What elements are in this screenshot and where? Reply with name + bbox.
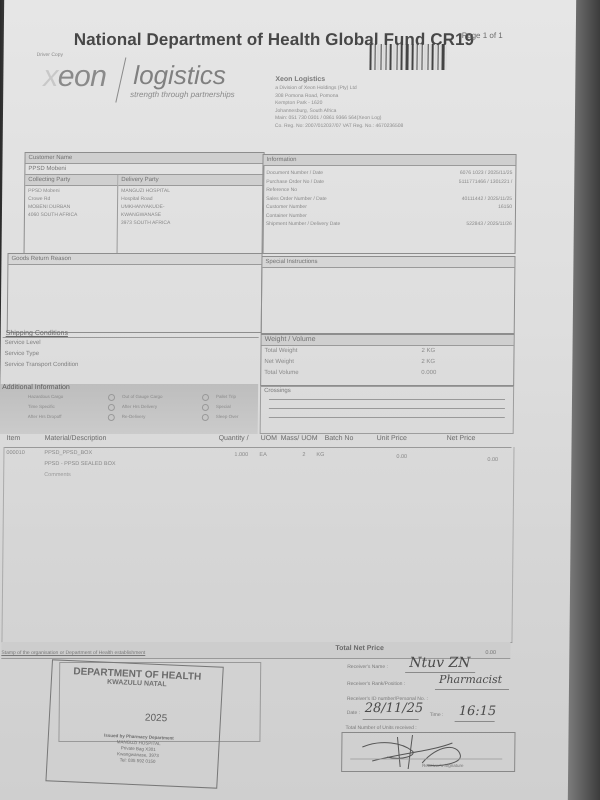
- stamp-label: Stamp of the organisation or Department …: [1, 650, 145, 656]
- collecting-line: 4060 SOUTH AFRICA: [28, 211, 114, 219]
- info-row: Reference No: [263, 186, 515, 195]
- company-line: Kempton Park - 1620: [275, 100, 404, 108]
- barcode-bar: [441, 44, 444, 70]
- info-label: Purchase Order No / Date: [266, 178, 324, 187]
- logo-divider: [115, 57, 126, 102]
- barcode-bar: [389, 44, 391, 70]
- info-label: Document Number / Date: [266, 169, 323, 178]
- logo-xeon: xeon: [43, 60, 106, 94]
- option-label: Time Specific: [28, 404, 108, 411]
- info-row: Sales Order Number / Date40111442 / 2025…: [263, 195, 515, 204]
- delivery-line: Hospital Road: [121, 195, 260, 203]
- info-row: Document Number / Date6076 1023 / 2025/1…: [263, 169, 515, 178]
- logo-logistics: logistics: [133, 60, 226, 91]
- option-checkbox[interactable]: [108, 394, 115, 401]
- page-indicator: Page 1 of 1: [462, 31, 503, 40]
- info-value: 6076 1023 / 2025/11/25: [460, 169, 513, 178]
- weight-value: 0.000: [421, 368, 436, 379]
- option-checkbox[interactable]: [202, 404, 209, 411]
- option-label: Re-Delivery: [122, 414, 202, 421]
- barcode-bar: [376, 44, 379, 70]
- option-checkbox[interactable]: [108, 414, 115, 421]
- barcode-bar: [369, 44, 371, 70]
- collecting-line: MOBENI DURBAN: [28, 203, 114, 211]
- weight-value: 2 KG: [421, 357, 435, 368]
- total-units-label: Total Number of Units received :: [346, 725, 417, 731]
- column-unit-price: Unit Price: [377, 435, 447, 447]
- receiver-rank-label: Receiver's Rank/Position :: [347, 681, 405, 687]
- delivery-note-document: National Department of Health Global Fun…: [0, 0, 576, 800]
- company-line: Co. Reg. No: 2007/012037/07 VAT Reg. No.…: [275, 123, 404, 131]
- info-label: Shipment Number / Delivery Date: [266, 220, 341, 229]
- customer-name-header: Customer Name: [25, 153, 263, 164]
- logo-eon: eon: [58, 60, 107, 93]
- delivery-party: Delivery Party MANGUZI HOSPITAL Hospital…: [118, 175, 264, 254]
- collecting-line: PPSD Mobeni: [28, 187, 114, 195]
- underline: [455, 721, 495, 722]
- special-instructions-section: Special Instructions: [261, 256, 516, 334]
- weight-volume-section: Weight / Volume Total Weight2 KG Net Wei…: [260, 334, 515, 386]
- shipping-row: Service Level: [5, 338, 259, 349]
- receiver-name-label: Receiver's Name :: [347, 664, 388, 670]
- signature-label: Receiver's Signature: [422, 763, 463, 768]
- barcode-bar: [445, 44, 446, 70]
- weight-volume-header: Weight / Volume: [262, 335, 514, 346]
- column-quantity: Quantity /: [219, 435, 261, 447]
- barcode-bar: [418, 44, 420, 70]
- additional-info-section: Additional Information Hazardous CargoOu…: [0, 384, 258, 434]
- weight-value: 2 KG: [421, 346, 435, 357]
- info-row: Purchase Order No / Date5111771466 / 130…: [263, 178, 515, 187]
- shipping-row: Service Type: [4, 349, 258, 360]
- total-net-price-value: 0.00: [485, 650, 496, 656]
- barcode-bar: [382, 44, 384, 70]
- delivery-line: 3973 SOUTH AFRICA: [121, 219, 260, 227]
- time-value[interactable]: 16:15: [459, 704, 497, 719]
- info-label: Sales Order Number / Date: [266, 195, 327, 204]
- receiver-name-value[interactable]: Ntuv ZN: [409, 655, 470, 671]
- option-label: After Hrs Delivery: [122, 404, 202, 411]
- column-batch: Batch No: [325, 435, 377, 447]
- info-value: 40111442 / 2025/11/25: [462, 195, 512, 204]
- barcode-bar: [423, 44, 426, 70]
- barcode-bar: [392, 44, 395, 70]
- company-line: Johannesburg, South Africa: [275, 108, 404, 116]
- column-uom: UOM: [261, 435, 281, 447]
- stamp-address: Issued by Pharmacy Department MANGUZI HO…: [78, 732, 199, 767]
- option-label: Out of Gauge Cargo: [122, 394, 202, 401]
- column-mass-uom: Mass/ UOM: [281, 435, 325, 447]
- column-material: Material/Description: [45, 435, 219, 447]
- goods-return-header: Goods Return Reason: [8, 254, 261, 265]
- option-checkbox[interactable]: [202, 394, 209, 401]
- receiver-rank-value[interactable]: Pharmacist: [439, 673, 502, 686]
- crossings-header: Crossings: [261, 387, 513, 395]
- company-line: Main: 051 730 0301 / 0861 9366 564(Xeon …: [275, 115, 404, 123]
- date-value[interactable]: 28/11/25: [365, 701, 424, 716]
- column-net-price: Net Price: [447, 435, 512, 447]
- crossings-section: Crossings: [260, 386, 515, 434]
- column-item: Item: [5, 435, 45, 447]
- weight-label: Total Weight: [264, 348, 297, 354]
- company-line: 308 Pomona Road, Pomona: [275, 93, 404, 101]
- shipping-conditions-header: Shipping Conditions: [3, 330, 259, 337]
- barcode-bar: [400, 44, 402, 70]
- option-label: Hazardous Cargo: [28, 394, 108, 401]
- delivery-line: MANGUZI HOSPITAL: [121, 187, 260, 195]
- collecting-party-header: Collecting Party: [25, 175, 117, 186]
- delivery-party-header: Delivery Party: [118, 175, 263, 186]
- option-label: After Hrs Dropoff: [28, 414, 108, 421]
- stamp-year: 2025: [145, 712, 168, 724]
- shipping-row: Service Transport Condition: [4, 360, 258, 371]
- delivery-line: KWANGWANASE: [121, 211, 260, 219]
- barcode-bar: [405, 44, 408, 70]
- info-value: 5111771466 / 1301221 /: [459, 178, 513, 187]
- underline: [435, 689, 509, 690]
- info-value: 522843 / 2025/11/26: [466, 220, 512, 229]
- information-header: Information: [263, 155, 515, 166]
- date-label: Date :: [347, 710, 360, 716]
- option-checkbox[interactable]: [202, 414, 209, 421]
- weight-label: Total Volume: [264, 370, 298, 376]
- weight-row: Net Weight2 KG: [264, 357, 513, 368]
- company-address: Xeon Logistics a Division of Xeon Holdin…: [275, 75, 404, 130]
- copy-label: Driver Copy: [37, 52, 63, 58]
- department-stamp: DEPARTMENT OF HEALTH KWAZULU NATAL 2025 …: [45, 659, 223, 788]
- signature-box[interactable]: Receiver's Signature: [341, 732, 515, 772]
- info-row: Customer Number16150: [263, 203, 515, 212]
- time-label: Time :: [430, 712, 444, 718]
- barcode-bar: [434, 44, 436, 70]
- customer-section: Customer Name PPSD Mobeni Collecting Par…: [24, 152, 265, 254]
- collecting-party: Collecting Party PPSD Mobeni Crowe Rd MO…: [25, 175, 119, 254]
- info-row: Shipment Number / Delivery Date522843 / …: [263, 220, 515, 229]
- items-table-frame: [1, 447, 514, 643]
- weight-row: Total Volume0.000: [264, 368, 513, 379]
- delivery-line: UMKHANYAKUDE-: [121, 203, 260, 211]
- collecting-line: Crowe Rd: [28, 195, 114, 203]
- information-section: Information Document Number / Date6076 1…: [262, 154, 517, 254]
- logo-tagline: strength through partnerships: [130, 90, 235, 99]
- barcode-icon: [369, 44, 455, 70]
- goods-return-section: Goods Return Reason: [7, 253, 263, 333]
- info-label: Customer Number: [266, 203, 307, 212]
- barcode-bar: [411, 44, 413, 70]
- info-row: Container Number: [263, 212, 515, 221]
- weight-row: Total Weight2 KG: [264, 346, 513, 357]
- additional-info-header: Additional Information: [0, 384, 258, 391]
- special-instructions-header: Special Instructions: [262, 257, 514, 268]
- company-name: Xeon Logistics: [275, 75, 404, 85]
- info-label: Reference No: [266, 186, 297, 195]
- company-line: a Division of Xeon Holdings (Pty) Ltd: [275, 85, 404, 93]
- weight-label: Net Weight: [264, 359, 294, 365]
- logo-x: x: [43, 60, 58, 93]
- info-label: Container Number: [266, 212, 307, 221]
- total-net-price-label: Total Net Price: [335, 645, 384, 652]
- customer-name: PPSD Mobeni: [25, 164, 263, 175]
- info-value: 16150: [498, 203, 512, 212]
- barcode-bar: [431, 44, 433, 70]
- shipping-conditions-section: Shipping Conditions Service Level Servic…: [2, 330, 259, 380]
- underline: [363, 719, 419, 720]
- option-checkbox[interactable]: [108, 404, 115, 411]
